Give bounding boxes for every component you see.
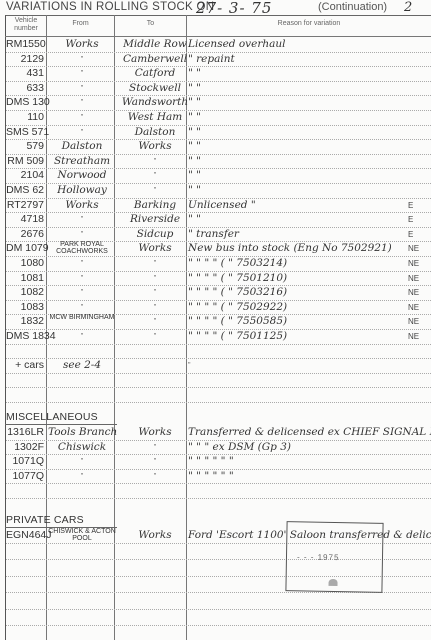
- to-cell: [118, 561, 192, 576]
- reason-cell: [188, 387, 408, 402]
- table-row: 1081""" " " " ( " 7501210)NE: [6, 271, 431, 287]
- vehicle-number-cell: 579: [6, 139, 46, 154]
- table-row: 2129"Camberwell" repaint: [6, 52, 431, 68]
- code-cell: E: [408, 212, 430, 227]
- table-row: SMS 571"Dalston" ": [6, 125, 431, 141]
- table-row: DMS 130"Wandsworth" ": [6, 95, 431, 111]
- table-row: 431"Catford" ": [6, 66, 431, 82]
- reason-cell: " ": [188, 95, 408, 110]
- to-cell: ": [118, 183, 192, 198]
- vehicle-number-cell: 1316LR: [6, 425, 46, 440]
- to-cell: Wandsworth: [118, 95, 192, 110]
- from-cell: CHISWICK & ACTON POOL: [48, 528, 116, 543]
- reason-cell: [188, 594, 408, 609]
- reason-cell: Unlicensed ": [188, 198, 408, 213]
- code-cell: [408, 344, 430, 359]
- vehicle-number-cell: [6, 578, 46, 593]
- code-cell: E: [408, 198, 430, 213]
- to-cell: [118, 611, 192, 626]
- code-cell: [408, 373, 430, 388]
- reason-cell: " ": [188, 66, 408, 81]
- to-cell: Riverside: [118, 212, 192, 227]
- reason-cell: " ": [188, 212, 408, 227]
- to-cell: ": [118, 454, 192, 469]
- to-cell: Barking: [118, 198, 192, 213]
- table-row: 1832MCW BIRMINGHAM"" " " " ( " 7550585)N…: [6, 314, 431, 330]
- to-cell: Middle Row: [118, 37, 192, 52]
- vehicle-number-cell: [6, 611, 46, 626]
- from-cell: ": [48, 271, 116, 286]
- vehicle-number-cell: DMS 1834: [6, 329, 46, 344]
- from-cell: [48, 611, 116, 626]
- to-cell: [118, 594, 192, 609]
- vehicle-number-cell: 1302F: [6, 440, 46, 455]
- to-cell: West Ham: [118, 110, 192, 125]
- code-cell: [408, 110, 430, 125]
- code-cell: NE: [408, 329, 430, 344]
- to-cell: [118, 358, 192, 373]
- table-row: [6, 483, 431, 499]
- reason-cell: " repaint: [188, 52, 408, 67]
- from-cell: ": [48, 227, 116, 242]
- from-cell: ": [48, 212, 116, 227]
- table-row: 1071Q""" " " " " ": [6, 454, 431, 470]
- from-cell: [48, 594, 116, 609]
- to-cell: [118, 483, 192, 498]
- from-cell: PARK ROYAL COACHWORKS: [48, 241, 116, 256]
- table-row: 1083""" " " " ( " 7502922)NE: [6, 300, 431, 316]
- to-cell: ": [118, 469, 192, 484]
- from-cell: ": [48, 95, 116, 110]
- to-cell: ": [118, 314, 192, 329]
- reason-cell: " ": [188, 183, 408, 198]
- to-cell: Sidcup: [118, 227, 192, 242]
- table-row: 2104Norwood"" ": [6, 168, 431, 184]
- table-row: DMS 62Holloway"" ": [6, 183, 431, 199]
- to-cell: [118, 578, 192, 593]
- reason-cell: [188, 611, 408, 626]
- vehicle-number-cell: [6, 594, 46, 609]
- to-cell: ": [118, 300, 192, 315]
- from-cell: Dalston: [48, 139, 116, 154]
- reason-cell: " ": [188, 81, 408, 96]
- from-cell: ": [48, 469, 116, 484]
- column-header-to: To: [115, 20, 186, 28]
- code-cell: [408, 183, 430, 198]
- vehicle-number-cell: 1083: [6, 300, 46, 315]
- reason-cell: " " " " ( " 7503214): [188, 256, 408, 271]
- table-row: 1082""" " " " ( " 7503216)NE: [6, 285, 431, 301]
- from-cell: Norwood: [48, 168, 116, 183]
- to-cell: Stockwell: [118, 81, 192, 96]
- table-row: 1080""" " " " ( " 7503214)NE: [6, 256, 431, 272]
- reason-cell: " " " " " ": [188, 454, 408, 469]
- to-cell: Camberwell: [118, 52, 192, 67]
- code-cell: NE: [408, 241, 430, 256]
- to-cell: ": [118, 285, 192, 300]
- from-cell: [48, 483, 116, 498]
- vehicle-number-cell: [6, 344, 46, 359]
- from-cell: [48, 344, 116, 359]
- code-cell: NE: [408, 285, 430, 300]
- vehicle-number-cell: [6, 627, 46, 640]
- vehicle-number-cell: [6, 561, 46, 576]
- to-cell: [118, 627, 192, 640]
- section-title-private-cars: PRIVATE CARS: [6, 514, 84, 526]
- to-cell: ": [118, 256, 192, 271]
- table-row: DM 1079PARK ROYAL COACHWORKSWorksNew bus…: [6, 241, 431, 257]
- table-row: + carssee 2-4": [6, 358, 431, 374]
- code-cell: [408, 358, 430, 373]
- vehicle-number-cell: + cars: [6, 358, 46, 373]
- to-cell: ": [118, 440, 192, 455]
- vehicle-number-cell: EGN464J: [6, 528, 46, 543]
- table-row: 633"Stockwell" ": [6, 81, 431, 97]
- reason-cell: " " " " ( " 7502922): [188, 300, 408, 315]
- table-row: RT2797WorksBarkingUnlicensed "E: [6, 198, 431, 214]
- table-row: 1316LRTools BranchWorksTransferred & del…: [6, 425, 431, 441]
- stamp-date: - - - 1975: [297, 552, 340, 562]
- table-row: 579DalstonWorks" ": [6, 139, 431, 155]
- page-number: 2: [404, 0, 412, 15]
- reason-cell: " ": [188, 125, 408, 140]
- table-row: [6, 373, 431, 389]
- code-cell: [408, 387, 430, 402]
- from-cell: ": [48, 285, 116, 300]
- table-row: [6, 611, 431, 627]
- from-cell: Works: [48, 37, 116, 52]
- to-cell: ": [118, 168, 192, 183]
- vehicle-number-cell: [6, 387, 46, 402]
- reason-cell: " ": [188, 110, 408, 125]
- code-cell: [408, 168, 430, 183]
- vehicle-number-cell: 4718: [6, 212, 46, 227]
- to-cell: [118, 344, 192, 359]
- rubber-stamp: - - - 1975: [285, 521, 383, 593]
- reason-cell: " " " ex DSM (Gp 3): [188, 440, 408, 455]
- vehicle-number-cell: DM 1079: [6, 241, 46, 256]
- to-cell: Works: [118, 425, 192, 440]
- vehicle-number-cell: 1071Q: [6, 454, 46, 469]
- reason-cell: " ": [188, 139, 408, 154]
- reason-cell: " " " " ( " 7550585): [188, 314, 408, 329]
- table-row: 110"West Ham" ": [6, 110, 431, 126]
- vehicle-number-cell: [6, 483, 46, 498]
- document-title: VARIATIONS IN ROLLING STOCK ON: [6, 1, 214, 13]
- to-cell: Catford: [118, 66, 192, 81]
- vehicle-number-cell: SMS 571: [6, 125, 46, 140]
- reason-cell: [188, 627, 408, 640]
- reason-cell: [188, 483, 408, 498]
- code-cell: [408, 66, 430, 81]
- reason-cell: " ": [188, 154, 408, 169]
- column-header-from: From: [47, 20, 114, 28]
- from-cell: ": [48, 66, 116, 81]
- vehicle-number-cell: 1080: [6, 256, 46, 271]
- from-cell: [48, 545, 116, 560]
- table-row: DMS 1834""" " " " ( " 7501125)NE: [6, 329, 431, 345]
- code-cell: NE: [408, 300, 430, 315]
- from-cell: ": [48, 110, 116, 125]
- table-row: 2676"Sidcup" transferE: [6, 227, 431, 243]
- to-cell: Works: [118, 241, 192, 256]
- reason-cell: " " " " ( " 7501125): [188, 329, 408, 344]
- code-cell: [408, 125, 430, 140]
- vehicle-number-cell: 110: [6, 110, 46, 125]
- vehicle-number-cell: DMS 62: [6, 183, 46, 198]
- code-cell: NE: [408, 314, 430, 329]
- to-cell: ": [118, 271, 192, 286]
- continuation-label: (Continuation): [318, 1, 387, 13]
- vehicle-number-cell: RT2797: [6, 198, 46, 213]
- from-cell: ": [48, 52, 116, 67]
- table-row: RM 509Streatham"" ": [6, 154, 431, 170]
- table-row: [6, 344, 431, 360]
- reason-cell: " transfer: [188, 227, 408, 242]
- from-cell: Streatham: [48, 154, 116, 169]
- code-cell: NE: [408, 271, 430, 286]
- from-cell: ": [48, 81, 116, 96]
- vehicle-number-cell: 2676: [6, 227, 46, 242]
- table-row: RM1550WorksMiddle RowLicensed overhaul: [6, 37, 431, 53]
- from-cell: Works: [48, 198, 116, 213]
- reason-cell: Transferred & delicensed ex CHIEF SIGNAL…: [188, 425, 408, 440]
- column-header-reason: Reason for variation: [187, 20, 431, 28]
- vehicle-number-cell: 1082: [6, 285, 46, 300]
- column-header-vehicle: Vehicle number: [6, 17, 46, 33]
- vehicle-number-cell: RM 509: [6, 154, 46, 169]
- reason-cell: " " " " " ": [188, 469, 408, 484]
- reason-cell: New bus into stock (Eng No 7502921): [188, 241, 408, 256]
- from-cell: [48, 561, 116, 576]
- table-row: [6, 594, 431, 610]
- to-cell: Works: [118, 139, 192, 154]
- table-row: 1077Q""" " " " " ": [6, 469, 431, 485]
- code-cell: [408, 81, 430, 96]
- to-cell: Works: [118, 528, 192, 543]
- reason-cell: Licensed overhaul: [188, 37, 408, 52]
- from-cell: [48, 387, 116, 402]
- table-row: 4718"Riverside" "E: [6, 212, 431, 228]
- table-row: [6, 627, 431, 640]
- from-cell: MCW BIRMINGHAM: [48, 314, 116, 329]
- from-cell: Tools Branch: [48, 425, 116, 440]
- vehicle-number-cell: 633: [6, 81, 46, 96]
- from-cell: Chiswick: [48, 440, 116, 455]
- table-row: 1302FChiswick"" " " ex DSM (Gp 3): [6, 440, 431, 456]
- from-cell: ": [48, 454, 116, 469]
- from-cell: see 2-4: [48, 358, 116, 373]
- from-cell: ": [48, 125, 116, 140]
- vehicle-number-cell: DMS 130: [6, 95, 46, 110]
- reason-cell: " " " " ( " 7503216): [188, 285, 408, 300]
- code-cell: E: [408, 227, 430, 242]
- to-cell: [118, 387, 192, 402]
- to-cell: [118, 373, 192, 388]
- from-cell: [48, 578, 116, 593]
- reason-cell: ": [188, 358, 408, 373]
- from-cell: [48, 627, 116, 640]
- from-cell: ": [48, 329, 116, 344]
- from-cell: [48, 373, 116, 388]
- reason-cell: [188, 373, 408, 388]
- code-cell: [408, 154, 430, 169]
- to-cell: ": [118, 154, 192, 169]
- reason-cell: [188, 344, 408, 359]
- vehicle-number-cell: 1832: [6, 314, 46, 329]
- from-cell: ": [48, 300, 116, 315]
- table-row: [6, 387, 431, 403]
- vehicle-number-cell: [6, 373, 46, 388]
- reason-cell: " ": [188, 168, 408, 183]
- stamp-mark: [328, 579, 337, 586]
- vehicle-number-cell: RM1550: [6, 37, 46, 52]
- to-cell: Dalston: [118, 125, 192, 140]
- vehicle-number-cell: [6, 545, 46, 560]
- code-cell: [408, 139, 430, 154]
- reason-cell: " " " " ( " 7501210): [188, 271, 408, 286]
- code-cell: [408, 52, 430, 67]
- from-cell: ": [48, 256, 116, 271]
- to-cell: ": [118, 329, 192, 344]
- vehicle-number-cell: 1081: [6, 271, 46, 286]
- code-cell: NE: [408, 256, 430, 271]
- from-cell: Holloway: [48, 183, 116, 198]
- code-cell: [408, 95, 430, 110]
- section-title-miscellaneous: MISCELLANEOUS: [6, 411, 98, 423]
- vehicle-number-cell: 2129: [6, 52, 46, 67]
- vehicle-number-cell: 2104: [6, 168, 46, 183]
- vehicle-number-cell: 431: [6, 66, 46, 81]
- vehicle-number-cell: 1077Q: [6, 469, 46, 484]
- to-cell: [118, 545, 192, 560]
- code-cell: [408, 37, 430, 52]
